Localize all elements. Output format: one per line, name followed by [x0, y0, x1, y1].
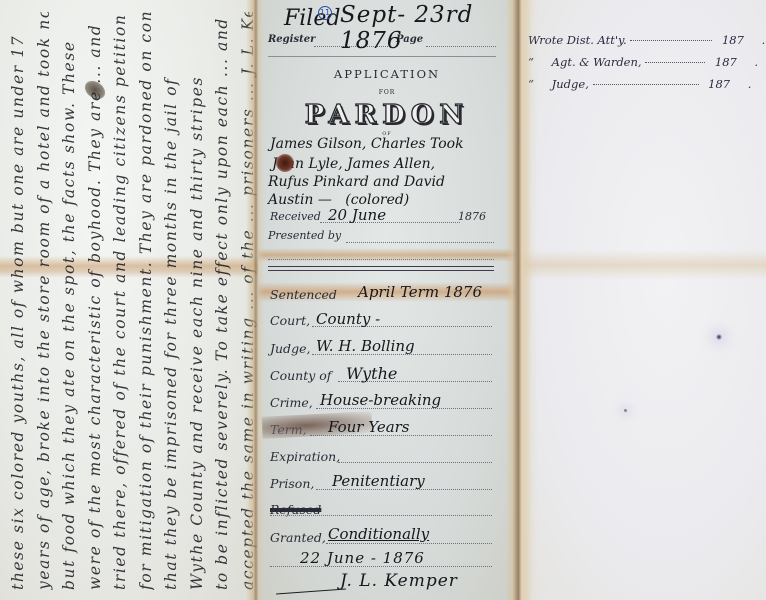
dotted-leader [593, 84, 699, 85]
dotted-leader [630, 40, 712, 41]
endorsement-label: Agt. & Warden, [552, 55, 642, 69]
letter-line: for mitigation of their punishment. They… [134, 12, 160, 590]
expiration-label: Expiration, [270, 449, 340, 464]
heading-pardon: PARDON [258, 100, 516, 130]
sentenced-label: Sentenced [270, 287, 337, 302]
paper-fold [246, 0, 264, 600]
refused-line [270, 515, 492, 516]
endorsement-end: . [754, 55, 758, 69]
paper-mark [716, 334, 722, 340]
filed-date: Sept- 23rd 1876 [340, 2, 516, 54]
divider [268, 266, 494, 267]
granted-date: 22 June - 1876 [300, 549, 425, 567]
term-value: Four Years [328, 418, 410, 436]
endorsement-year: 187 [722, 33, 744, 47]
prison-value: Penitentiary [332, 472, 425, 490]
divider [268, 56, 496, 57]
letter-line: these six colored youths, all of whom bu… [6, 12, 32, 590]
endorsement-label: Wrote Dist. Att'y. [528, 33, 627, 47]
letter-line: but food which they ate on the spot, the… [57, 12, 83, 590]
court-value: County - [316, 310, 380, 328]
endorsement-label: Judge, [552, 77, 589, 91]
register-label: Register [268, 34, 315, 45]
applicants-line: John Lyle, James Allen, [272, 156, 435, 172]
term-label: Term, [270, 422, 307, 437]
county-value: Wythe [346, 364, 397, 383]
blank-line [268, 259, 494, 260]
applicants-line: Rufus Pinkard and David [268, 174, 445, 190]
paper-fold [506, 0, 532, 600]
endorsement-row-judge: “ Judge, 187 . [528, 77, 751, 91]
received-label: Received [270, 210, 321, 223]
letter-panel: these six colored youths, all of whom bu… [0, 0, 258, 600]
endorsement-year: 187 [715, 55, 737, 69]
paper-mark [624, 409, 627, 412]
filed-note: Filed [284, 6, 340, 31]
presented-by-line [346, 242, 494, 243]
received-value: 20 June [328, 206, 386, 224]
letter-line: years of age, broke into the store room … [32, 12, 58, 590]
judge-label: Judge, [270, 341, 310, 356]
endorsement-panel: Wrote Dist. Att'y. 187 . “ Agt. & Warden… [516, 0, 766, 600]
divider [268, 270, 494, 271]
endorsement-end: . [762, 33, 766, 47]
water-stain [516, 250, 766, 280]
letter-line: to be inflicted severely. To take effect… [210, 12, 236, 590]
county-label: County of [270, 368, 331, 383]
pardon-form-panel: Register Page Filed 11 Sept- 23rd 1876 A… [258, 0, 516, 600]
endorsement-row-dist-atty: Wrote Dist. Att'y. 187 . [528, 33, 765, 47]
granted-value: Conditionally [328, 525, 429, 543]
judge-value: W. H. Bolling [316, 337, 415, 355]
letter-line: Wythe County and receive each nine and t… [185, 12, 211, 590]
governor-signature: J. L. Kemper [340, 571, 458, 591]
crime-label: Crime, [270, 395, 313, 410]
endorsement-row-agt-warden: “ Agt. & Warden, 187 . [528, 55, 758, 69]
granted-label: Granted, [270, 530, 326, 545]
letter-line: were of the most characteristic of boyho… [83, 12, 109, 590]
signature-flourish [276, 589, 346, 595]
endorsement-year: 187 [708, 77, 730, 91]
heading-application: APPLICATION [258, 67, 516, 81]
dotted-leader [645, 62, 705, 63]
crime-value: House-breaking [320, 391, 441, 409]
endorsement-end: . [748, 77, 752, 91]
ink-blot [276, 154, 294, 172]
granted-line [326, 543, 492, 544]
handwritten-letter: these six colored youths, all of whom bu… [0, 0, 258, 600]
prison-label: Prison, [270, 476, 314, 491]
letter-line: that they be imprisoned for three months… [159, 12, 185, 590]
heading-for: FOR [258, 89, 516, 96]
sentenced-value: April Term 1876 [358, 283, 482, 301]
presented-by-label: Presented by [268, 229, 341, 242]
letter-line: tried there, offered of the court and le… [108, 12, 134, 590]
received-year: 1876 [458, 210, 486, 223]
circled-number: 11 [318, 6, 332, 20]
court-label: Court, [270, 313, 310, 328]
expiration-line [338, 462, 492, 463]
applicants-line: James Gilson, Charles Took [270, 136, 464, 152]
